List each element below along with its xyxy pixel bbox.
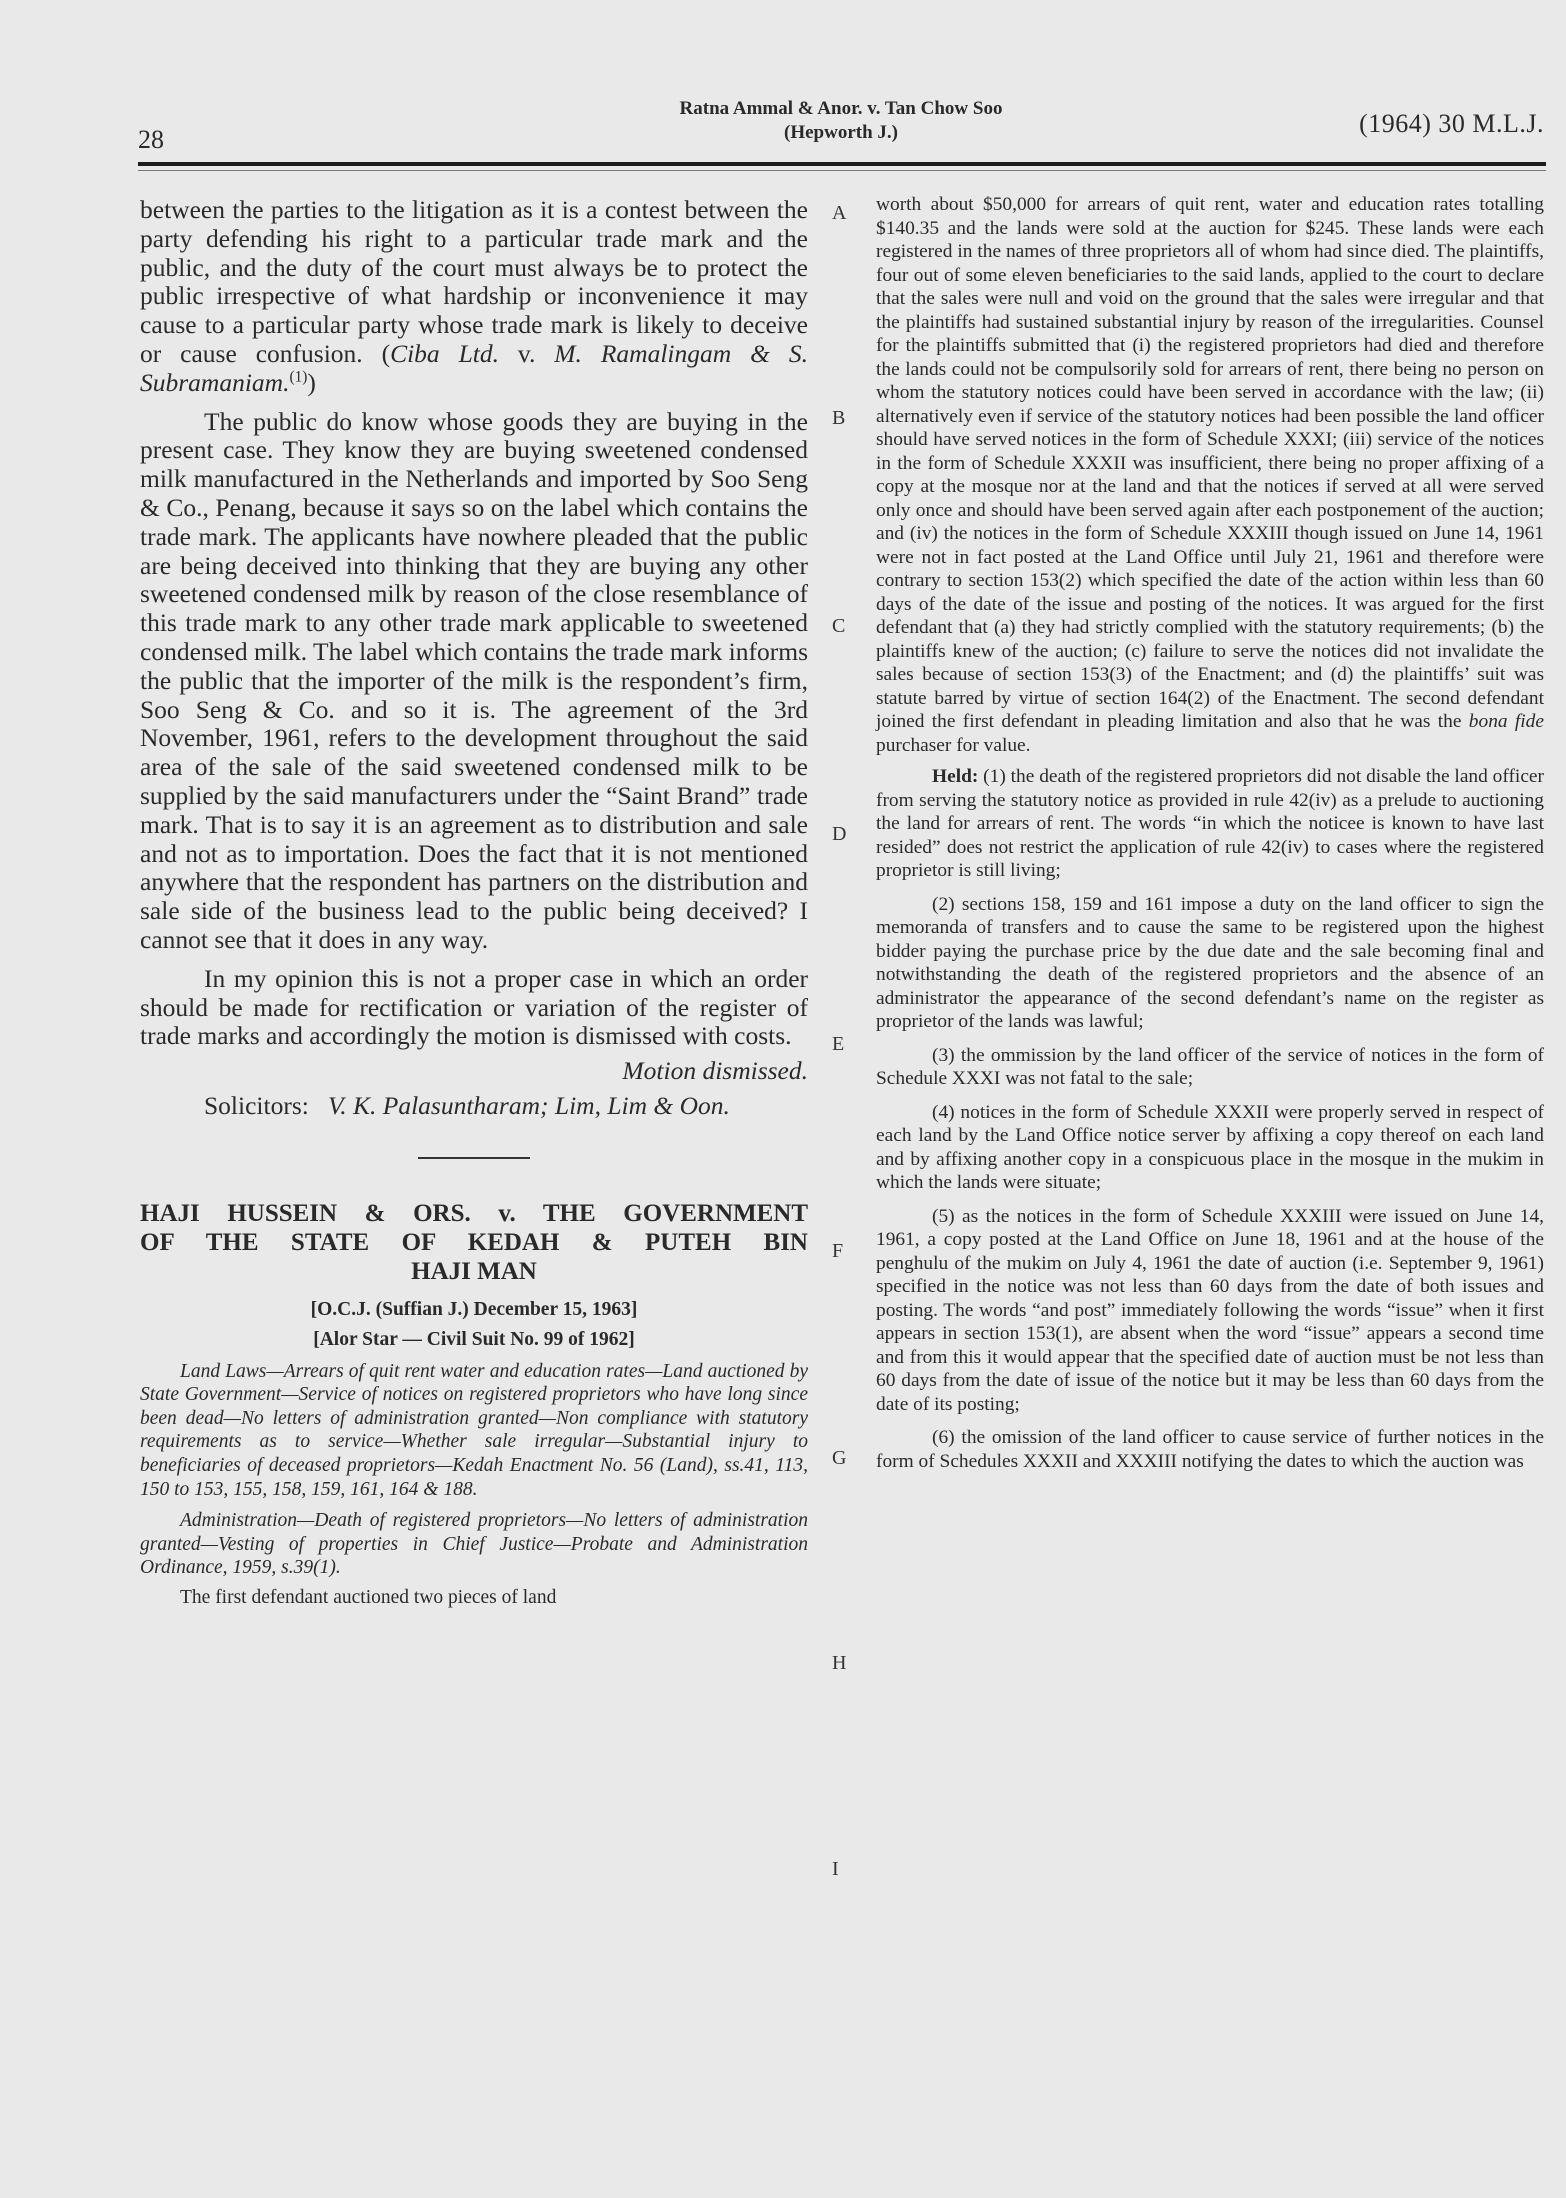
citation-party-1: Ciba Ltd. [390, 339, 499, 368]
margin-letter: H [832, 1652, 846, 1675]
margin-letter: I [832, 1858, 839, 1881]
solicitors-label: Solicitors: [204, 1091, 309, 1120]
catchwords: Administration—Death of registered propr… [140, 1509, 808, 1580]
footnote-ref: (1) [289, 368, 307, 385]
citation-close: ) [307, 368, 316, 397]
case-title-line: HAJI HUSSEIN & ORS. v. THE GOVERNMENT [140, 1199, 808, 1228]
page-header: 28 Ratna Ammal & Anor. v. Tan Chow Soo (… [138, 95, 1544, 155]
solicitors: Solicitors: V. K. Palasuntharam; Lim, Li… [140, 1092, 808, 1121]
report-citation: (1964) 30 M.L.J. [1359, 109, 1544, 139]
right-column: worth about $50,000 for arrears of quit … [876, 193, 1544, 1473]
header-rule-thin [138, 170, 1546, 171]
facts-start: The first defendant auctioned two pieces… [140, 1586, 808, 1610]
margin-letter: B [832, 407, 845, 430]
margin-letter: E [832, 1033, 844, 1056]
paragraph: between the parties to the litigation as… [140, 196, 808, 398]
running-title-judge: (Hepworth J.) [138, 121, 1544, 145]
suit-line: [Alor Star — Civil Suit No. 99 of 1962] [140, 1328, 808, 1352]
margin-letter: C [832, 615, 845, 638]
held-point-1: Held: (1) the death of the registered pr… [876, 765, 1544, 883]
section-divider [418, 1157, 530, 1159]
facts-end: purchaser for value. [876, 735, 1031, 756]
citation-open: ( [382, 339, 391, 368]
facts-italic: bona fide [1469, 711, 1544, 732]
case-title-line: HAJI MAN [140, 1257, 808, 1286]
held-point-3: (3) the ommission by the land officer of… [876, 1044, 1544, 1091]
court-line: [O.C.J. (Suffian J.) December 15, 1963] [140, 1298, 808, 1322]
held-point-2: (2) sections 158, 159 and 161 impose a d… [876, 893, 1544, 1034]
case-title: HAJI HUSSEIN & ORS. v. THE GOVERNMENT OF… [140, 1199, 808, 1286]
document-page: 28 Ratna Ammal & Anor. v. Tan Chow Soo (… [0, 0, 1566, 2198]
catchwords: Land Laws—Arrears of quit rent water and… [140, 1360, 808, 1502]
citation-versus: v. [499, 339, 554, 368]
running-title: Ratna Ammal & Anor. v. Tan Chow Soo (Hep… [138, 97, 1544, 145]
held-label: Held: [932, 766, 978, 787]
margin-letter: D [832, 823, 846, 846]
left-column: between the parties to the litigation as… [140, 196, 808, 1610]
header-rule-thick [138, 162, 1546, 166]
case-title-line: OF THE STATE OF KEDAH & PUTEH BIN [140, 1228, 808, 1257]
margin-letter: G [832, 1447, 846, 1470]
facts-paragraph: worth about $50,000 for arrears of quit … [876, 193, 1544, 757]
held-point-4: (4) notices in the form of Schedule XXXI… [876, 1101, 1544, 1195]
running-title-case: Ratna Ammal & Anor. v. Tan Chow Soo [138, 97, 1544, 121]
solicitors-names: V. K. Palasuntharam; Lim, Lim & Oon. [328, 1091, 730, 1120]
paragraph: The public do know whose goods they are … [140, 408, 808, 955]
paragraph: In my opinion this is not a proper case … [140, 965, 808, 1051]
margin-letter: F [832, 1240, 843, 1263]
held-point-5: (5) as the notices in the form of Schedu… [876, 1205, 1544, 1417]
facts-text: worth about $50,000 for arrears of quit … [876, 194, 1544, 732]
held-point-6: (6) the omission of the land officer to … [876, 1426, 1544, 1473]
outcome: Motion dismissed. [140, 1057, 808, 1086]
margin-letter: A [832, 202, 846, 225]
